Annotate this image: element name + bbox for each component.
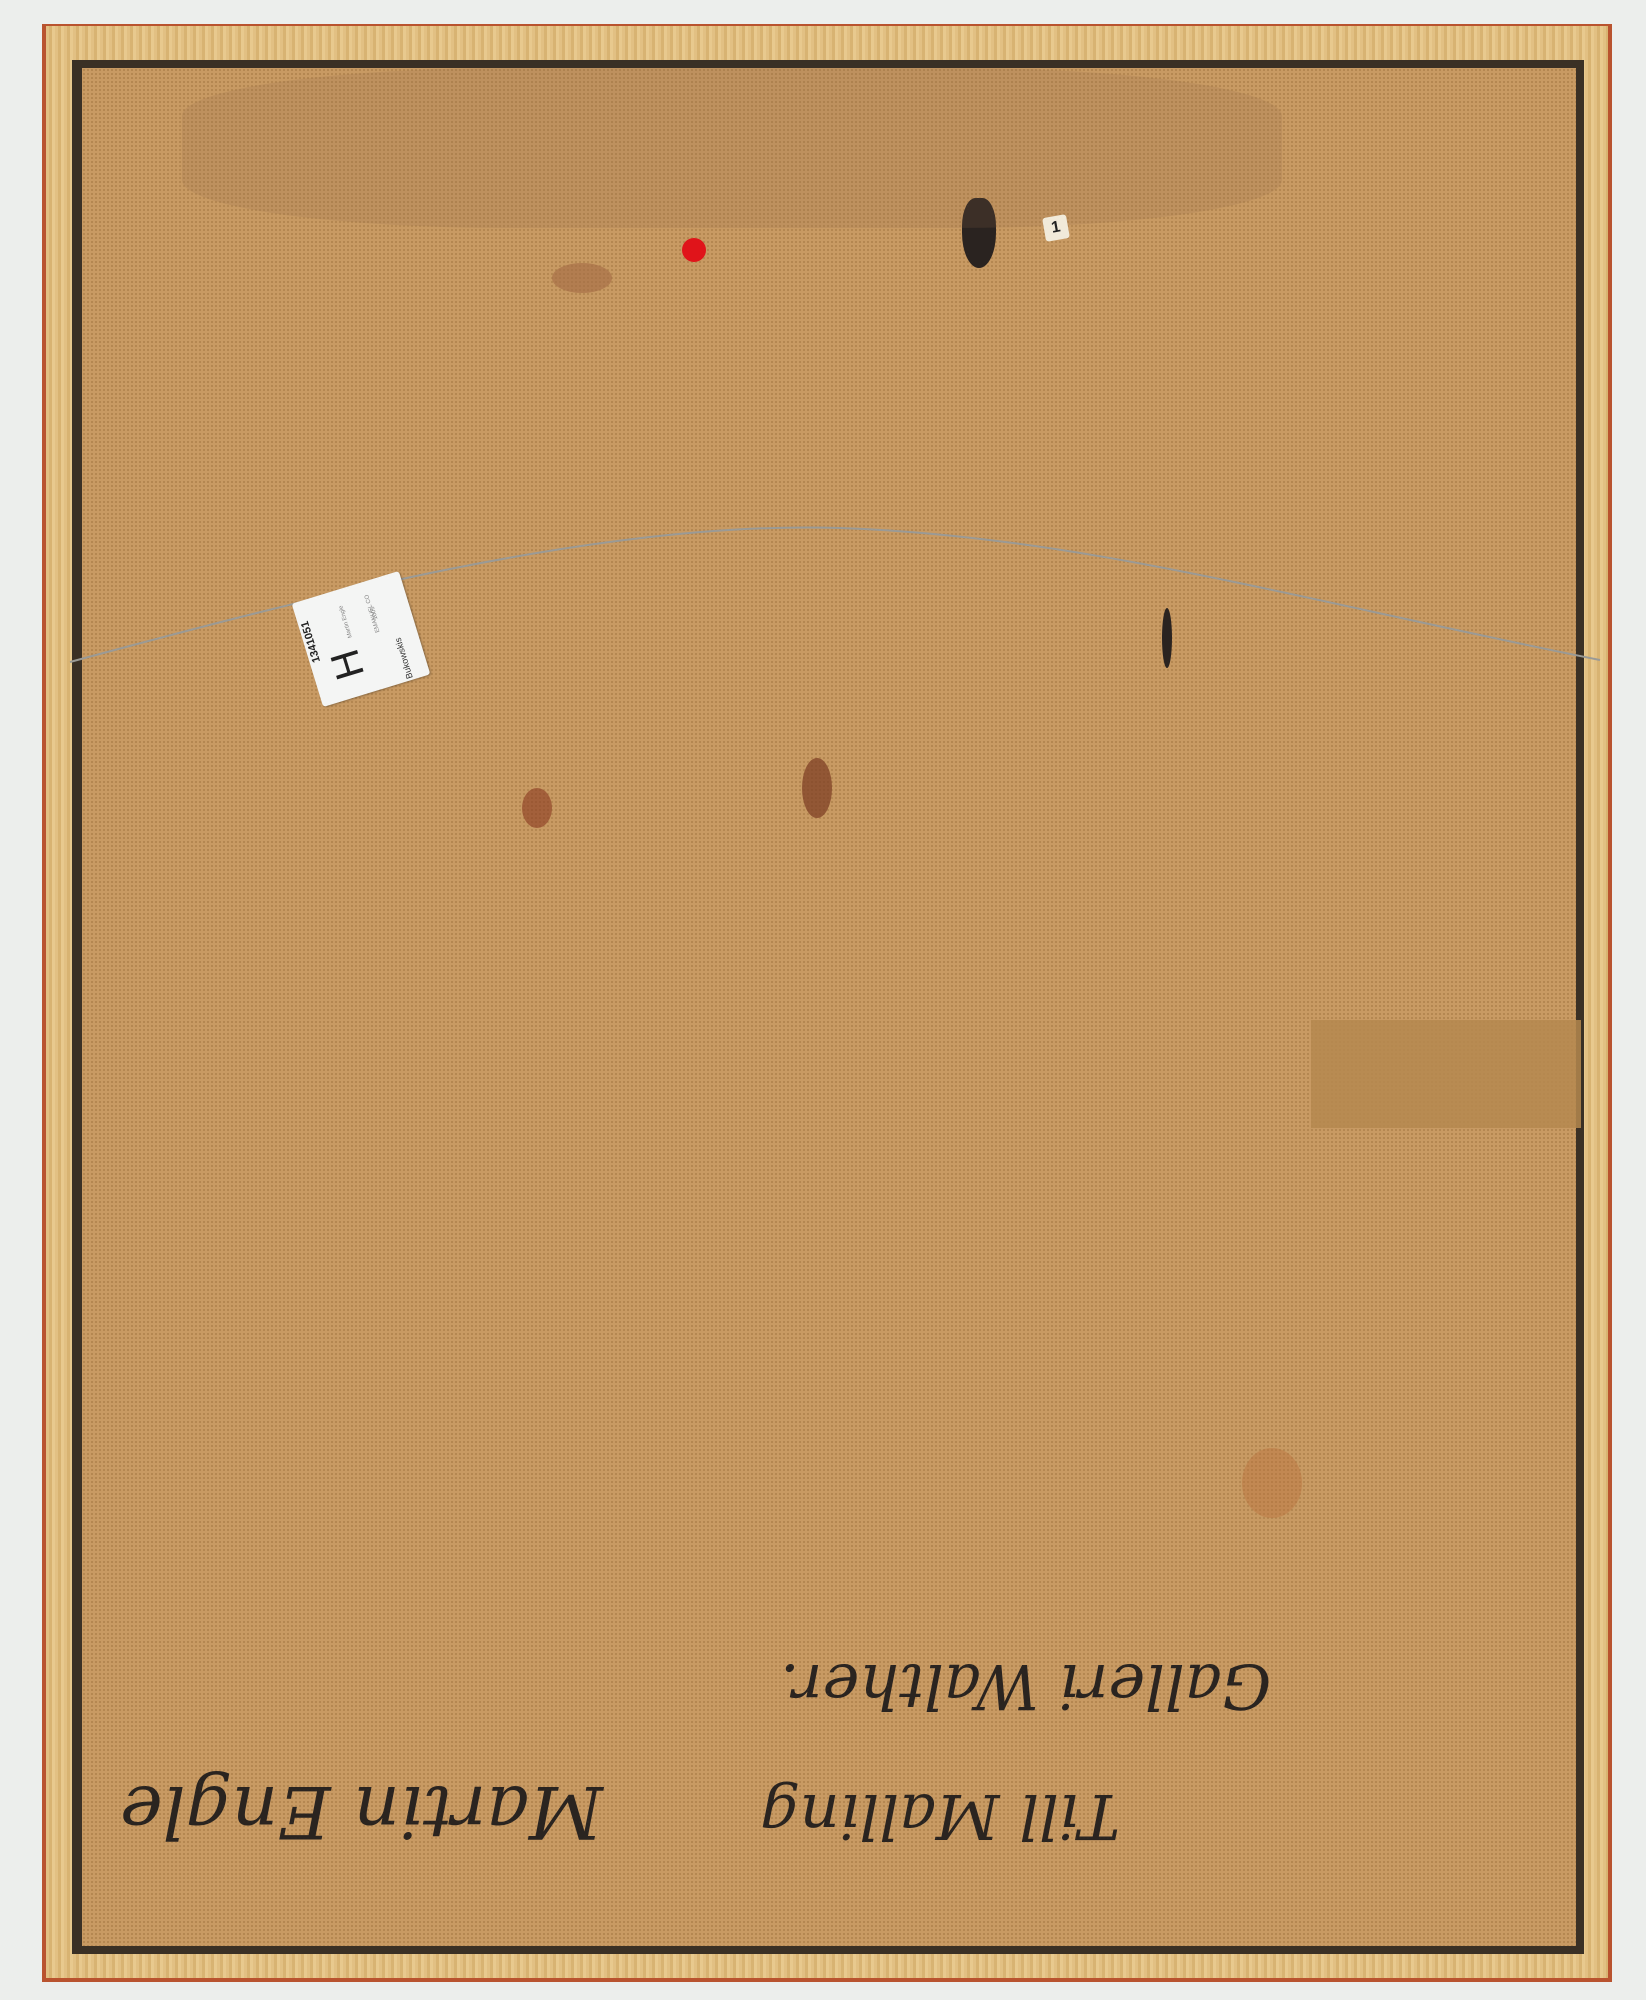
- tape-strip: [1311, 1020, 1581, 1128]
- label-line: Martin Engle: [338, 605, 354, 639]
- inscription-artist: Martin Engle: [120, 1770, 603, 1854]
- inscription-title: Till Malling: [760, 1780, 1120, 1853]
- inscription-gallery: Galleri Walther.: [780, 1650, 1271, 1723]
- label-letter: H: [323, 644, 374, 685]
- signature: Bukowskis: [393, 637, 415, 681]
- number-sticker: 1: [1042, 214, 1070, 242]
